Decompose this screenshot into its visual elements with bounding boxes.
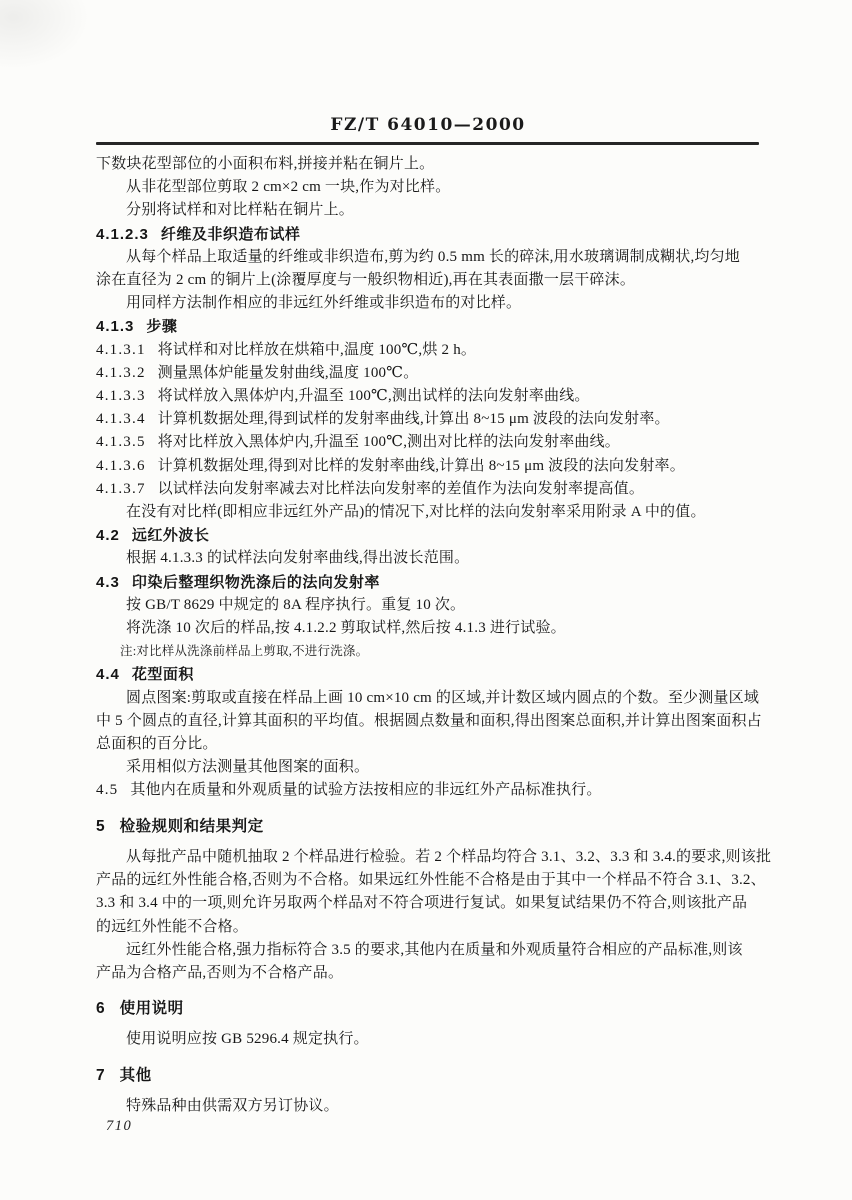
text-line: 特殊品种由供需双方另订协议。 xyxy=(96,1095,796,1118)
text-line: 用同样方法制作相应的非远红外纤维或非织造布的对比样。 xyxy=(96,292,796,315)
clause-number: 6 xyxy=(96,997,105,1020)
document-body: 下数块花型部位的小面积布料,拼接并粘在铜片上。从非花型部位剪取 2 cm×2 c… xyxy=(96,153,796,1118)
clause-line-4.1.3.2: 4.1.3.2测量黑体炉能量发射曲线,温度 100℃。 xyxy=(96,362,796,385)
text-line: 将洗涤 10 次后的样品,按 4.1.2.2 剪取试样,然后按 4.1.3 进行… xyxy=(96,617,796,640)
clause-number: 4.1.3.2 xyxy=(96,362,146,385)
line-text: 从每个样品上取适量的纤维或非织造布,剪为约 0.5 mm 长的碎沫,用水玻璃调制… xyxy=(126,249,740,265)
clause-line-4.1.3.7: 4.1.3.7以试样法向发射率减去对比样法向发射率的差值作为法向发射率提高值。 xyxy=(96,478,796,501)
line-text: 计算机数据处理,得到试样的发射率曲线,计算出 8~15 μm 波段的法向发射率。 xyxy=(158,411,670,427)
line-text: 采用相似方法测量其他图案的面积。 xyxy=(126,759,369,775)
clause-line-4.1.3.3: 4.1.3.3将试样放入黑体炉内,升温至 100℃,测出试样的法向发射率曲线。 xyxy=(96,385,796,408)
line-text: 的远红外性能不合格。 xyxy=(96,919,248,935)
line-text: 根据 4.1.3.3 的试样法向发射率曲线,得出波长范围。 xyxy=(126,550,469,566)
line-text: 将试样放入黑体炉内,升温至 100℃,测出试样的法向发射率曲线。 xyxy=(158,388,590,404)
line-text: 分别将试样和对比样粘在铜片上。 xyxy=(126,202,354,218)
line-text: 3.3 和 3.4 中的一项,则允许另取两个样品对不符合项进行复试。如果复试结果… xyxy=(96,895,747,911)
clause-line-5: 5检验规则和结果判定 xyxy=(96,815,796,838)
text-line: 产品的远红外性能合格,否则为不合格。如果远红外性能不合格是由于其中一个样品不符合… xyxy=(96,869,796,892)
clause-number: 4.1.3 xyxy=(96,315,134,338)
clause-line-4.2: 4.2远红外波长 xyxy=(96,524,796,547)
line-text: 注:对比样从洗涤前样品上剪取,不进行洗涤。 xyxy=(120,644,368,658)
clause-line-4.1.3.4: 4.1.3.4计算机数据处理,得到试样的发射率曲线,计算出 8~15 μm 波段… xyxy=(96,408,796,431)
clause-line-4.5: 4.5其他内在质量和外观质量的试验方法按相应的非远红外产品标准执行。 xyxy=(96,779,796,802)
line-text: 圆点图案:剪取或直接在样品上画 10 cm×10 cm 的区域,并计数区域内圆点… xyxy=(126,690,759,706)
clause-number: 5 xyxy=(96,815,105,838)
clause-number: 4.1.3.1 xyxy=(96,339,146,362)
clause-number: 4.5 xyxy=(96,779,118,802)
line-text: 中 5 个圆点的直径,计算其面积的平均值。根据圆点数量和面积,得出图案总面积,并… xyxy=(96,713,762,729)
clause-number: 4.2 xyxy=(96,524,120,547)
text-line: 按 GB/T 8629 中规定的 8A 程序执行。重复 10 次。 xyxy=(96,594,796,617)
line-text: 用同样方法制作相应的非远红外纤维或非织造布的对比样。 xyxy=(126,295,521,311)
clause-number: 4.1.3.3 xyxy=(96,385,146,408)
line-text: 纤维及非织造布试样 xyxy=(161,226,301,243)
clause-number: 4.1.3.4 xyxy=(96,408,146,431)
line-text: 远红外性能合格,强力指标符合 3.5 的要求,其他内在质量和外观质量符合相应的产… xyxy=(126,942,743,958)
text-line: 分别将试样和对比样粘在铜片上。 xyxy=(96,199,796,222)
page-number: 710 xyxy=(106,1118,132,1135)
line-text: 以试样法向发射率减去对比样法向发射率的差值作为法向发射率提高值。 xyxy=(158,481,644,497)
text-line: 采用相似方法测量其他图案的面积。 xyxy=(96,756,796,779)
line-text: 印染后整理织物洗涤后的法向发射率 xyxy=(132,574,380,591)
clause-number: 4.1.2.3 xyxy=(96,223,149,246)
text-line: 中 5 个圆点的直径,计算其面积的平均值。根据圆点数量和面积,得出图案总面积,并… xyxy=(96,710,796,733)
line-text: 特殊品种由供需双方另订协议。 xyxy=(126,1098,339,1114)
clause-number: 4.1.3.6 xyxy=(96,455,146,478)
clause-line-6: 6使用说明 xyxy=(96,997,796,1020)
text-line: 从每批产品中随机抽取 2 个样品进行检验。若 2 个样品均符合 3.1、3.2、… xyxy=(96,846,796,869)
text-line: 总面积的百分比。 xyxy=(96,733,796,756)
clause-line-4.3: 4.3印染后整理织物洗涤后的法向发射率 xyxy=(96,571,796,594)
text-line: 涂在直径为 2 cm 的铜片上(涂覆厚度与一般织物相近),再在其表面撒一层干碎沫… xyxy=(96,269,796,292)
scanned-document-page: FZ/T 64010—2000 下数块花型部位的小面积布料,拼接并粘在铜片上。从… xyxy=(0,0,852,1200)
line-text: 产品为合格产品,否则为不合格产品。 xyxy=(96,965,343,981)
line-text: 从每批产品中随机抽取 2 个样品进行检验。若 2 个样品均符合 3.1、3.2、… xyxy=(126,849,771,865)
clause-line-4.1.3.5: 4.1.3.5将对比样放入黑体炉内,升温至 100℃,测出对比样的法向发射率曲线… xyxy=(96,431,796,454)
clause-number: 4.1.3.5 xyxy=(96,431,146,454)
clause-line-4.1.3: 4.1.3步骤 xyxy=(96,315,796,338)
line-text: 步骤 xyxy=(146,318,177,335)
clause-line-7: 7其他 xyxy=(96,1064,796,1087)
text-line: 根据 4.1.3.3 的试样法向发射率曲线,得出波长范围。 xyxy=(96,547,796,570)
line-text: 按 GB/T 8629 中规定的 8A 程序执行。重复 10 次。 xyxy=(126,597,465,613)
line-text: 其他内在质量和外观质量的试验方法按相应的非远红外产品标准执行。 xyxy=(130,782,601,798)
line-text: 将试样和对比样放在烘箱中,温度 100℃,烘 2 h。 xyxy=(158,342,476,358)
line-text: 产品的远红外性能合格,否则为不合格。如果远红外性能不合格是由于其中一个样品不符合… xyxy=(96,872,766,888)
clause-number: 4.1.3.7 xyxy=(96,478,146,501)
line-text: 下数块花型部位的小面积布料,拼接并粘在铜片上。 xyxy=(96,156,434,172)
line-text: 将洗涤 10 次后的样品,按 4.1.2.2 剪取试样,然后按 4.1.3 进行… xyxy=(126,620,566,636)
text-line: 3.3 和 3.4 中的一项,则允许另取两个样品对不符合项进行复试。如果复试结果… xyxy=(96,892,796,915)
text-line: 从非花型部位剪取 2 cm×2 cm 一块,作为对比样。 xyxy=(96,176,796,199)
line-text: 使用说明 xyxy=(120,1000,184,1017)
text-line: 在没有对比样(即相应非远红外产品)的情况下,对比样的法向发射率采用附录 A 中的… xyxy=(96,501,796,524)
text-line: 使用说明应按 GB 5296.4 规定执行。 xyxy=(96,1028,796,1051)
text-line: 圆点图案:剪取或直接在样品上画 10 cm×10 cm 的区域,并计数区域内圆点… xyxy=(96,687,796,710)
line-text: 涂在直径为 2 cm 的铜片上(涂覆厚度与一般织物相近),再在其表面撒一层干碎沫… xyxy=(96,272,635,288)
line-text: 总面积的百分比。 xyxy=(96,736,218,752)
line-text: 将对比样放入黑体炉内,升温至 100℃,测出对比样的法向发射率曲线。 xyxy=(158,434,620,450)
header-rule-divider xyxy=(96,142,759,145)
text-line: 下数块花型部位的小面积布料,拼接并粘在铜片上。 xyxy=(96,153,796,176)
line-text: 检验规则和结果判定 xyxy=(120,818,264,835)
clause-line-4.4: 4.4花型面积 xyxy=(96,663,796,686)
clause-line-4.1.3.1: 4.1.3.1将试样和对比样放在烘箱中,温度 100℃,烘 2 h。 xyxy=(96,339,796,362)
note-line: 注:对比样从洗涤前样品上剪取,不进行洗涤。 xyxy=(96,640,796,663)
line-text: 从非花型部位剪取 2 cm×2 cm 一块,作为对比样。 xyxy=(126,179,450,195)
text-line: 产品为合格产品,否则为不合格产品。 xyxy=(96,962,796,985)
line-text: 其他 xyxy=(120,1067,152,1084)
line-text: 测量黑体炉能量发射曲线,温度 100℃。 xyxy=(158,365,419,381)
text-line: 的远红外性能不合格。 xyxy=(96,916,796,939)
text-line: 从每个样品上取适量的纤维或非织造布,剪为约 0.5 mm 长的碎沫,用水玻璃调制… xyxy=(96,246,796,269)
line-text: 计算机数据处理,得到对比样的发射率曲线,计算出 8~15 μm 波段的法向发射率… xyxy=(158,458,685,474)
line-text: 在没有对比样(即相应非远红外产品)的情况下,对比样的法向发射率采用附录 A 中的… xyxy=(126,504,706,520)
line-text: 使用说明应按 GB 5296.4 规定执行。 xyxy=(126,1031,369,1047)
standard-code-header: FZ/T 64010—2000 xyxy=(96,115,760,135)
line-text: 花型面积 xyxy=(132,666,194,683)
text-line: 远红外性能合格,强力指标符合 3.5 的要求,其他内在质量和外观质量符合相应的产… xyxy=(96,939,796,962)
clause-line-4.1.3.6: 4.1.3.6计算机数据处理,得到对比样的发射率曲线,计算出 8~15 μm 波… xyxy=(96,455,796,478)
clause-number: 4.3 xyxy=(96,571,120,594)
scan-noise-artifact xyxy=(0,0,90,70)
clause-number: 7 xyxy=(96,1064,105,1087)
clause-number: 4.4 xyxy=(96,663,120,686)
clause-line-4.1.2.3: 4.1.2.3纤维及非织造布试样 xyxy=(96,223,796,246)
line-text: 远红外波长 xyxy=(132,527,210,544)
